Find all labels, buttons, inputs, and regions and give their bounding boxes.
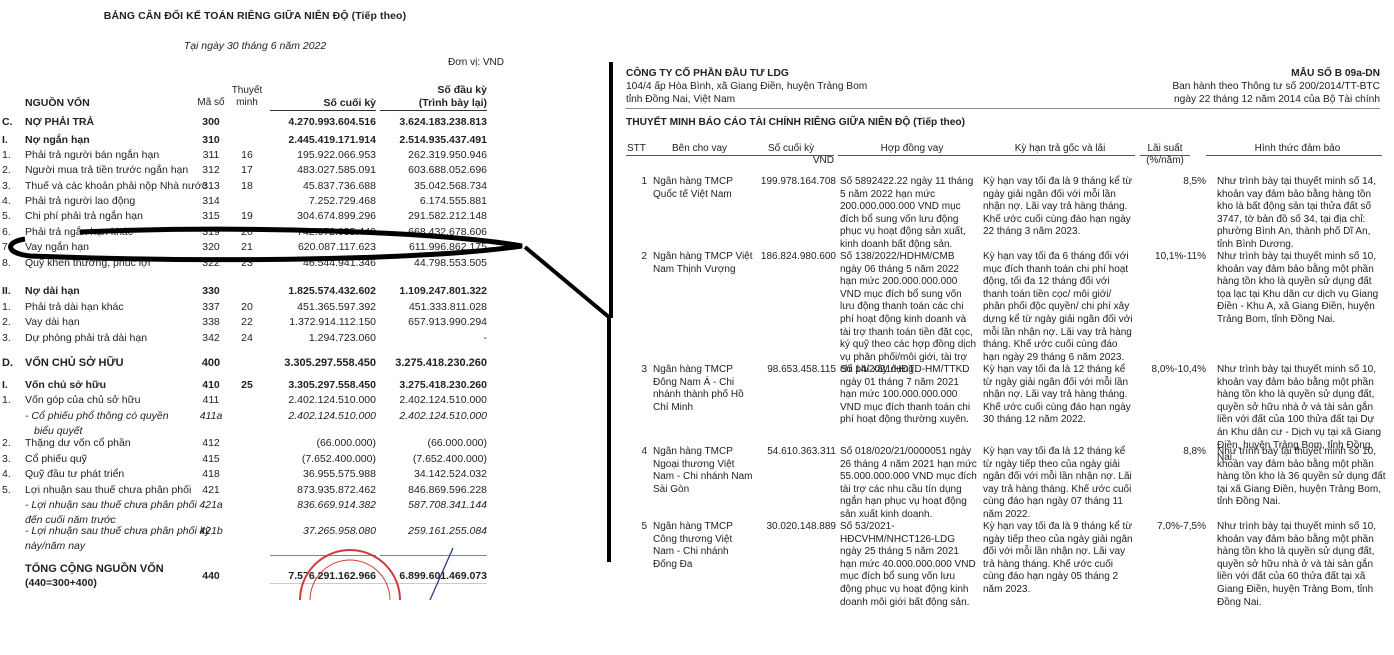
- loan-lender: Ngân hàng TMCP Quốc tế Việt Nam: [653, 176, 753, 201]
- col-header-stt: STT: [627, 143, 646, 154]
- loan-stt: 2: [637, 251, 647, 264]
- company-address-2: tỉnh Đồng Nai, Việt Nam: [626, 94, 735, 107]
- loan-stt: 3: [637, 364, 647, 377]
- notes-title: THUYẾT MINH BÁO CÁO TÀI CHÍNH RIÊNG GIỮA…: [626, 117, 965, 130]
- loan-term: Kỳ hạn vay tối đa là 12 tháng kể từ ngày…: [983, 364, 1135, 427]
- loan-balance: 199.978.164.708: [740, 176, 836, 189]
- connector-line: [525, 247, 610, 318]
- loan-stt: 1: [637, 176, 647, 189]
- loan-balance: 30.020.148.889: [740, 521, 836, 534]
- loan-rate: 8,0%-10,4%: [1136, 364, 1206, 377]
- loan-stt: 4: [637, 446, 647, 459]
- col-underline-1: [626, 155, 776, 156]
- form-desc-2: ngày 22 tháng 12 năm 2014 của Bộ Tài chí…: [1174, 94, 1380, 107]
- loan-contract: Số 53/2021-HĐCVHM/NHCT126-LDG ngày 25 th…: [840, 521, 978, 609]
- loan-term: Kỳ hạn vay tối đa 6 tháng đối với mục đí…: [983, 251, 1135, 364]
- col-underline-3: [838, 155, 1135, 156]
- loan-balance: 98.653.458.115: [740, 364, 836, 377]
- loan-contract: Số 138/2022/HDHM/CMB ngày 06 tháng 5 năm…: [840, 251, 978, 377]
- col-header-balance: Số cuối kỳ: [768, 143, 814, 154]
- col-header-collateral: Hình thức đảm bảo: [1215, 143, 1380, 154]
- loan-collateral: Như trình bày tại thuyết minh số 10, kho…: [1217, 446, 1387, 509]
- loan-rate: 8,8%: [1136, 446, 1206, 459]
- loan-stt: 5: [637, 521, 647, 534]
- loan-rate: 7,0%-7,5%: [1136, 521, 1206, 534]
- loan-collateral: Như trình bày tại thuyết minh số 10, kho…: [1217, 521, 1387, 609]
- loan-term: Kỳ hạn vay tối đa là 12 tháng kể từ ngày…: [983, 446, 1135, 522]
- loan-contract: Số 5892422.22 ngày 11 tháng 5 năm 2022 h…: [840, 176, 978, 252]
- loan-contract: Số 018/020/21/0000051 ngày 26 tháng 4 nă…: [840, 446, 978, 522]
- loan-rate: 8,5%: [1136, 176, 1206, 189]
- loan-term: Kỳ hạn vay tối đa là 9 tháng kể từ ngày …: [983, 521, 1135, 597]
- col-header-contract: Hợp đồng vay: [852, 143, 972, 154]
- highlight-ellipse: [11, 229, 522, 259]
- col-underline-4: [1140, 155, 1190, 156]
- loan-collateral: Như trình bày tại thuyết minh số 14, kho…: [1217, 176, 1387, 252]
- company-name: CÔNG TY CỔ PHẦN ĐẦU TƯ LDG: [626, 68, 789, 81]
- header-divider: [626, 108, 1380, 109]
- col-header-rate: Lãi suất: [1140, 143, 1190, 154]
- loan-lender: Ngân hàng TMCP Ngoại thương Việt Nam - C…: [653, 446, 753, 496]
- loan-lender: Ngân hàng TMCP Công thương Việt Nam - Ch…: [653, 521, 753, 571]
- col-header-balance-unit: VND: [784, 155, 834, 166]
- signature-stroke: [430, 548, 453, 600]
- company-address-1: 104/4 ấp Hòa Bình, xã Giang Điền, huyện …: [626, 81, 867, 94]
- loan-balance: 186.824.980.600: [740, 251, 836, 264]
- col-underline-2: [764, 155, 834, 156]
- form-number: MẪU SỐ B 09a-DN: [1291, 68, 1380, 81]
- loan-lender: Ngân hàng TMCP Đông Nam Á - Chi nhánh th…: [653, 364, 753, 414]
- loan-balance: 54.610.363.311: [740, 446, 836, 459]
- company-stamp-icon: [300, 550, 400, 600]
- loan-lender: Ngân hàng TMCP Việt Nam Thịnh Vượng: [653, 251, 753, 276]
- col-header-rate-unit: (%/năm): [1140, 155, 1190, 166]
- loan-collateral: Như trình bày tại thuyết minh số 10, kho…: [1217, 251, 1387, 327]
- col-underline-5: [1206, 155, 1382, 156]
- col-header-term: Kỳ hạn trả gốc và lãi: [990, 143, 1130, 154]
- loan-term: Kỳ hạn vay tối đa là 9 tháng kể từ ngày …: [983, 176, 1135, 239]
- loan-contract: Số 14/2021/HĐTD-HM/TTKD ngày 01 tháng 7 …: [840, 364, 978, 427]
- col-header-lender: Bên cho vay: [672, 143, 727, 154]
- form-desc-1: Ban hành theo Thông tư số 200/2014/TT-BT…: [1172, 81, 1380, 94]
- loan-rate: 10,1%-11%: [1136, 251, 1206, 264]
